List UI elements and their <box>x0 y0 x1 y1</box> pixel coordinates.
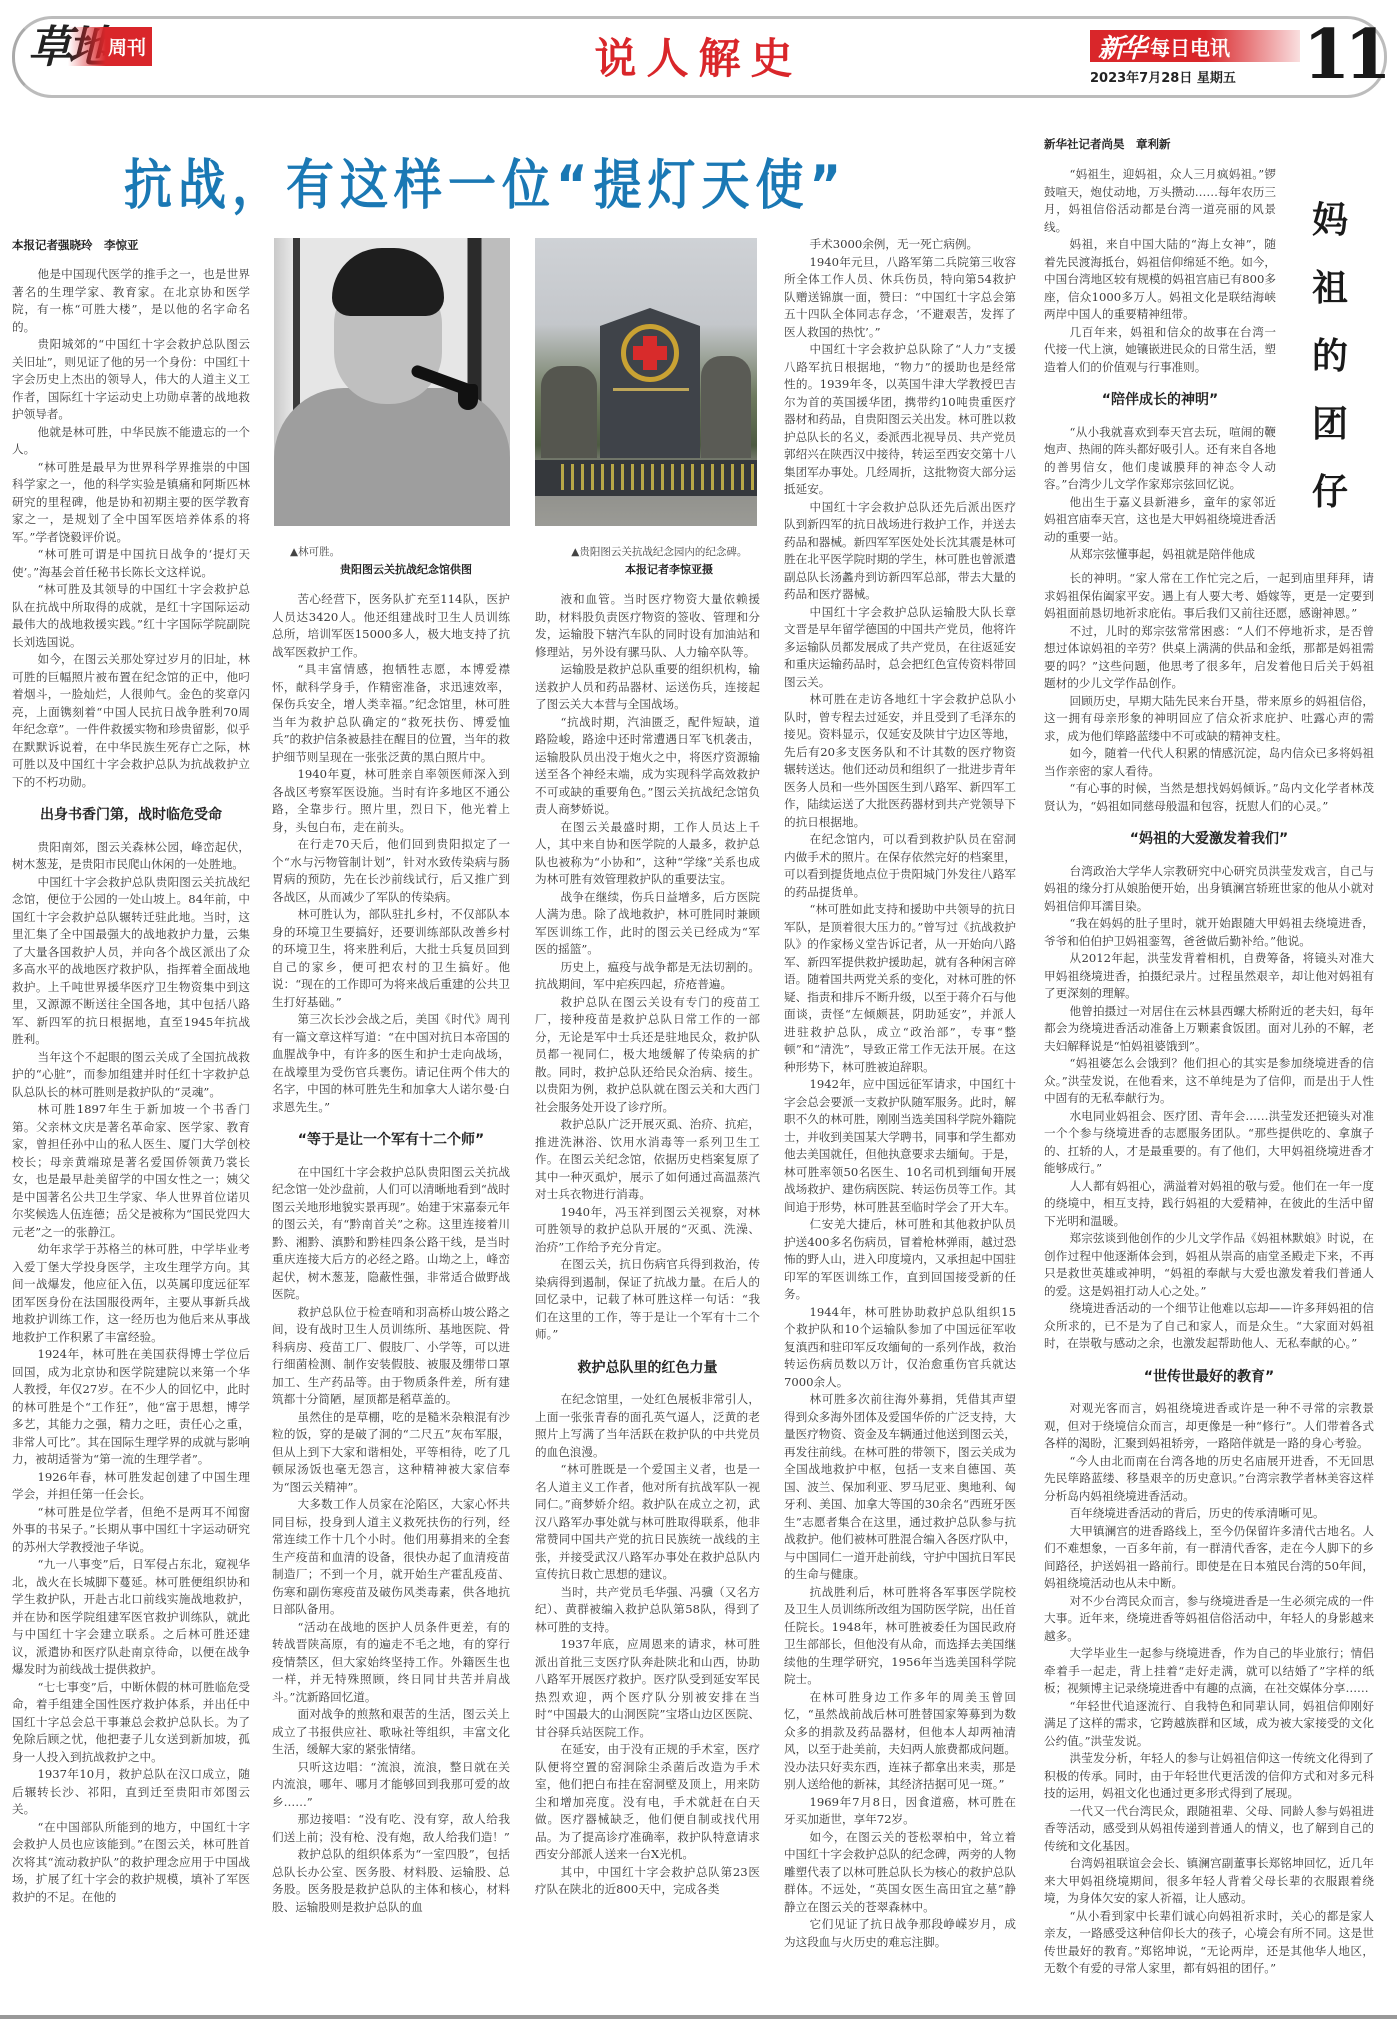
paragraph: 如今，在图云关的苍松翠柏中，耸立着中国红十字会救护总队的纪念碑，两旁的人物雕塑代… <box>784 1829 1016 1917</box>
paragraph: 水电同业妈祖会、医疗团、青年会……洪莹发还把镜头对准一个个参与绕境进香的志愿服务… <box>1044 1108 1374 1178</box>
paragraph: 苦心经营下，医务队扩充至114队，医护人员达3420人。他还组建战时卫生人员训练… <box>272 591 510 661</box>
paragraph: 贵阳南郊，图云关森林公园，峰峦起伏，树木葱茏，是贵阳市民爬山休闲的一处胜地。 <box>12 839 250 874</box>
subheading: 出身书香门第，战时临危受命 <box>12 807 250 825</box>
paragraph: “林可胜是位学者，但绝不是两耳不闻窗外事的书呆子。”长期从事中国红十字运动研究的… <box>12 1504 250 1557</box>
portrait-photo-lin-kesheng <box>274 238 510 526</box>
paragraph: “从小我就喜欢到奉天宫去玩，喧闹的鞭炮声、热闹的阵头都好吸引人。还有来自各地的善… <box>1044 424 1276 494</box>
paragraph: 他出生于嘉义县新港乡，童年的家邻近妈祖宫庙奉天宫，这也是大甲妈祖绕境进香活动的重… <box>1044 494 1276 547</box>
paragraph: “具丰富情感，抱牺牲志愿，本博爱襟怀，献科学身手，作精密准备，求迅速效率，保伤兵… <box>272 661 510 766</box>
paragraph: 1940年元旦，八路军第二兵院第三收容所全体工作人员、休兵伤员，特向第54救护队… <box>784 254 1016 342</box>
paragraph: 手术3000余例，无一死亡病例。 <box>784 236 1016 254</box>
paragraph: 1940年夏，林可胜亲自率领医师深入到各战区考察军医设施。当时有许多地区不通公路… <box>272 766 510 836</box>
paragraph: 人人都有妈祖心，满溢着对妈祖的敬与爱。他们在一年一度的绕境中，相互支持，践行妈祖… <box>1044 1178 1374 1231</box>
article-headline: 抗战，有这样一位“提灯天使” <box>124 142 847 219</box>
paragraph: “九一八事变”后，日军侵占东北，窥视华北，战火在长城脚下蔓延。林可胜便组织协和学… <box>12 1556 250 1679</box>
paragraph: 对不少台湾民众而言，参与绕境进香是一生必须完成的一件大事。近年来，绕境进香等妈祖… <box>1044 1593 1374 1646</box>
paragraph: 中国红十字会救护总队运输股大队长章文晋是早年留学德国的中国共产党员，他将许多运输… <box>784 604 1016 692</box>
paragraph: 战争在继续，伤兵日益增多，后方医院人满为患。除了战地救护，林可胜同时兼顾军医训练… <box>535 889 760 959</box>
paragraph: “抗战时期，汽油匮乏，配件短缺，道路险峻，路途中还时常遭遇日军飞机袭击，运输股队… <box>535 714 760 819</box>
photo-caption: ▲贵阳图云关抗战纪念园内的纪念碑。 <box>545 544 760 561</box>
subheading: “等于是让一个军有十二个师” <box>272 1132 510 1150</box>
paragraph: “七七事变”后，中断休假的林可胜临危受命，着手组建全国性医疗救护体系，并出任中国… <box>12 1679 250 1767</box>
page-number: 11 <box>1303 22 1386 88</box>
paragraph: 郑宗弦谈到他创作的少儿文学作品《妈祖林默娘》时说，在创作过程中他逐渐体会到，妈祖… <box>1044 1230 1374 1300</box>
paragraph: 救护总队的组织体系为“一室四股”，包括总队长办公室、医务股、材料股、运输股、总务… <box>272 1846 510 1916</box>
paragraph: “有心事的时候，当然是想找妈妈倾诉。”岛内文化学者林茂贤认为，“妈祖如同慈母般温… <box>1044 780 1374 815</box>
paragraph: 他就是林可胜，中华民族不能遗忘的一个人。 <box>12 424 250 459</box>
paragraph: 他曾拍摄过一对居住在云林县西螺大桥附近的老夫妇，每年都会为绕境进香活动准备上万颗… <box>1044 1003 1374 1056</box>
article-column-3: 液和血管。当时医疗物资大量依赖援助，材料股负责医疗物资的签收、管理和分发，运输股… <box>535 591 760 1899</box>
newspaper-name: 每日电讯 <box>1150 32 1230 61</box>
photo-credit: 贵阳图云关抗战纪念馆供图 <box>340 561 472 577</box>
paragraph: 它们见证了抗日战争那段峥嵘岁月，成为这段血与火历史的难忘注脚。 <box>784 1916 1016 1951</box>
paragraph: “在中国部队所能到的地方，中国红十字会救护人员也应该能到。”在图云关，林可胜首次… <box>12 1819 250 1907</box>
paragraph: 在行走70天后，他们回到贵阳拟定了一个“水与污物管制计划”，针对水致传染病与肠胃… <box>272 836 510 906</box>
paragraph: 液和血管。当时医疗物资大量依赖援助，材料股负责医疗物资的签收、管理和分发，运输股… <box>535 591 760 661</box>
paragraph: 其中，中国红十字会救护总队第23医疗队在陕北的近800天中，完成各类 <box>535 1864 760 1899</box>
paragraph: “今人由北而南在台湾各地的历史名庙展开进香，不无回思先民筚路蓝缕、移垦艰辛的历史… <box>1044 1453 1374 1506</box>
photo-credit: 本报记者李惊亚摄 <box>625 561 713 577</box>
article-byline: 本报记者强晓玲 李惊亚 <box>12 237 139 253</box>
paragraph: 1969年7月8日，因食道癌，林可胜在牙买加逝世，享年72岁。 <box>784 1794 1016 1829</box>
paragraph: 中国红十字会救护总队贵阳图云关抗战纪念馆，便位于公园的一处山坡上。84年前，中国… <box>12 874 250 1049</box>
paragraph: 贵阳城郊的“中国红十字会救护总队图云关旧址”，则见证了他的另一个身份：中国红十字… <box>12 336 250 424</box>
paragraph: 中国红十字会救护总队还先后派出医疗队到新四军的抗日战场进行救护工作，并送去药品和… <box>784 499 1016 604</box>
subheading: “世传世最好的教育” <box>1044 1369 1374 1387</box>
paragraph: 虽然住的是草棚，吃的是糙米杂粮混有沙粒的饭，穿的是破了洞的“二尺五”灰布军服，但… <box>272 1409 510 1497</box>
paragraph: 台湾政治大学华人宗教研究中心研究员洪莹发戏言，自己与妈祖的缘分打从娘胎便开始，出… <box>1044 863 1374 916</box>
paragraph: 在纪念馆里，一处红色展板非常引人，上面一张张青春的面孔英气逼人，泛黄的老照片上写… <box>535 1391 760 1461</box>
paragraph: 大甲镇澜宫的进香路线上，至今仍保留许多清代古地名。人们不难想象，一百多年前，有一… <box>1044 1523 1374 1593</box>
subheading: “妈祖的大爱激发着我们” <box>1044 831 1374 849</box>
paragraph: “林可胜既是一个爱国主义者，也是一名人道主义工作者，他对所有抗战军队一视同仁。”… <box>535 1461 760 1584</box>
paragraph: 1937年10月，救护总队在汉口成立，随后辗转长沙、祁阳，直到迁至贵阳市郊图云关… <box>12 1766 250 1819</box>
newspaper-brand: 新华 每日电讯 2023年7月28日 星期五 <box>1090 30 1300 86</box>
paragraph: “林可胜及其领导的中国红十字会救护总队在抗战中所取得的成就，是红十字国际运动最伟… <box>12 581 250 651</box>
paragraph: “林可胜如此支持和援助中共领导的抗日军队，是顶着很大压力的。”曾写过《抗战救护队… <box>784 901 1016 1076</box>
paragraph: 在图云关，抗日伤病官兵得到救治，传染病得到遏制，保证了抗战力量。在后人的回忆录中… <box>535 1256 760 1344</box>
paragraph: 1942年，应中国远征军请求，中国红十字会总会要派一支救护队随军服务。此时，解职… <box>784 1076 1016 1216</box>
paragraph: “年轻世代追逐流行、自我特色和同辈认同，妈祖信仰刚好满足了这样的需求，它跨越族群… <box>1044 1698 1374 1751</box>
paragraph: 历史上，瘟疫与战争都是无法切割的。抗战期间，军中疟疾四起，疥疮普遍。 <box>535 959 760 994</box>
paragraph: 不过，儿时的郑宗弦常常困惑：“人们不停地祈求，是否曾想过体谅妈祖的辛劳？供桌上满… <box>1044 623 1374 693</box>
article2-byline: 新华社记者尚昊 章利新 <box>1044 136 1171 152</box>
paragraph: 从2012年起，洪莹发背着相机，自费筹备，将镜头对准大甲妈祖绕境进香，拍摄纪录片… <box>1044 950 1374 1003</box>
paragraph: 仁安羌大捷后，林可胜和其他救护队员护送400多名伤病员，冒着枪林弹雨，越过恐怖的… <box>784 1216 1016 1304</box>
paragraph: 在图云关最盛时期，工作人员达上千人，其中来自协和医学院的人最多，救护总队也被称为… <box>535 819 760 889</box>
paragraph: 在中国红十字会救护总队贵阳图云关抗战纪念馆一处沙盘前，人们可以清晰地看到“战时图… <box>272 1164 510 1304</box>
paragraph: 救护总队在图云关设有专门的疫苗工厂，接种疫苗是救护总队日常工作的一部分，无论是军… <box>535 994 760 1117</box>
paragraph: 1926年春，林可胜发起创建了中国生理学会，并担任第一任会长。 <box>12 1469 250 1504</box>
paragraph: 救护总队广泛开展灭虱、治疥、抗疟，推进洗淋浴、饮用水消毒等一系列卫生工作。在图云… <box>535 1116 760 1204</box>
paragraph: 1944年，林可胜协助救护总队组织15个救护队和10个运输队参加了中国远征军收复… <box>784 1304 1016 1392</box>
bottom-rule <box>0 2015 1397 2019</box>
paragraph: “活动在战地的医护人员条件更差，有的转战晋陕高原，有的遍走不毛之地，有的穿行疫情… <box>272 1619 510 1707</box>
paragraph: 大学毕业生一起参与绕境进香，作为自己的毕业旅行；情侣牵着手一起走，背上挂着“走好… <box>1044 1645 1374 1698</box>
paragraph: 台湾妈祖联谊会会长、镇澜宫副董事长郑铭坤回忆，近几年来大甲妈祖绕境期间，很多年轻… <box>1044 1855 1374 1908</box>
article2-column-narrow: “妈祖生，迎妈祖，众人三月疯妈祖。”锣鼓喧天，炮仗动地，万头攒动……每年农历三月… <box>1044 166 1276 564</box>
article2-vertical-title: 妈 祖 的 团 仔 <box>1310 186 1350 526</box>
paragraph: 面对战争的煎熬和艰苦的生活，图云关上成立了书报供应社、歌咏社等组织，丰富文化生活… <box>272 1706 510 1759</box>
paragraph: 百年绕境进香活动的背后，历史的传承清晰可见。 <box>1044 1505 1374 1523</box>
paragraph: 绕境进香活动的一个细节让他难以忘却——许多拜妈祖的信众所求的，已不是为了自己和家… <box>1044 1300 1374 1353</box>
paragraph: 他是中国现代医学的推手之一，也是世界著名的生理学家、教育家。在北京协和医学院，有… <box>12 266 250 336</box>
paragraph: 在林可胜身边工作多年的周美玉曾回忆，“虽然战前战后林可胜替国家筹募到为数众多的捐… <box>784 1689 1016 1794</box>
paragraph: 1924年，林可胜在美国获得博士学位后回国，成为北京协和医学院建院以来第一个华人… <box>12 1346 250 1469</box>
paragraph: “林可胜是最早为世界科学界推崇的中国科学家之一，他的科学实验是镇痛和阿斯匹林研究… <box>12 459 250 547</box>
monument-photo <box>535 238 757 526</box>
paragraph: 在纪念馆内，可以看到救护队员在窑洞内做手术的照片。在保存依然完好的档案里，可以看… <box>784 831 1016 901</box>
photo-caption: ▲林可胜。 <box>290 544 340 559</box>
paragraph: 如今，随着一代代人积累的情感沉淀，岛内信众已多将妈祖当作亲密的家人看待。 <box>1044 745 1374 780</box>
article2-column-wide: 长的神明。“家人常在工作忙完之后，一起到庙里拜拜，请求妈祖保佑阖家平安。遇上有人… <box>1044 570 1374 1978</box>
paragraph: “我在妈妈的肚子里时，就开始跟随大甲妈祖去绕境进香，爷爷和伯伯护卫妈祖銮驾，爸爸… <box>1044 915 1374 950</box>
paragraph: 幼年求学于苏格兰的林可胜，中学毕业考入爱丁堡大学投身医学，主攻生理学方向。其间一… <box>12 1241 250 1346</box>
paragraph: 长的神明。“家人常在工作忙完之后，一起到庙里拜拜，请求妈祖保佑阖家平安。遇上有人… <box>1044 570 1374 623</box>
paragraph: 如今，在图云关那处穿过岁月的旧址，林可胜的巨幅照片被布置在纪念馆的正中，他叼着烟… <box>12 651 250 791</box>
paragraph: 中国红十字会救护总队除了“人力”支援八路军抗日根据地，“物力”的援助也是经常性的… <box>784 341 1016 499</box>
paragraph: “妈祖生，迎妈祖，众人三月疯妈祖。”锣鼓喧天，炮仗动地，万头攒动……每年农历三月… <box>1044 166 1276 236</box>
paragraph: 从郑宗弦懂事起，妈祖就是陪伴他成 <box>1044 546 1276 564</box>
paragraph: 抗战胜利后，林可胜将各军事医学院校及卫生人员训练所改组为国防医学院，出任首任院长… <box>784 1584 1016 1689</box>
paragraph: “从小看到家中长辈们诚心向妈祖祈求时，关心的都是家人亲友，一路感受这种信仰长大的… <box>1044 1908 1374 1978</box>
paragraph: “林可胜可谓是中国抗日战争的‘提灯天使’。”海基会首任秘书长陈长文这样说。 <box>12 546 250 581</box>
subheading: 救护总队里的红色力量 <box>535 1360 760 1378</box>
paragraph: 大多数工作人员家在沦陷区，大家心怀共同目标，投身到人道主义救死扶伤的行列，经常连… <box>272 1496 510 1619</box>
article-column-4: 手术3000余例，无一死亡病例。1940年元旦，八路军第二兵院第三收容所全体工作… <box>784 236 1016 1951</box>
paragraph: 当时，共产党员毛华强、冯骥（又名方纪）、黄群被编入救护总队第58队，得到了林可胜… <box>535 1584 760 1637</box>
paragraph: 洪莹发分析，年轻人的参与让妈祖信仰这一传统文化得到了积极的传承。同时，由于年轻世… <box>1044 1750 1374 1803</box>
subheading: “陪伴成长的神明” <box>1044 392 1276 410</box>
paragraph: 只听这边唱：“流浪，流浪，整日就在关内流浪，哪年、哪月才能够回到我那可爱的故乡…… <box>272 1759 510 1812</box>
paragraph: 林可胜1897年生于新加坡一个书香门第。父亲林文庆是著名革命家、医学家、教育家，… <box>12 1101 250 1241</box>
paragraph: 妈祖，来自中国大陆的“海上女神”，随着先民渡海抵台，妈祖信仰绵延不绝。如今，中国… <box>1044 236 1276 324</box>
issue-date: 2023年7月28日 星期五 <box>1090 67 1300 86</box>
paragraph: 林可胜多次前往海外募捐，凭借其声望得到众多海外团体及爱国华侨的广泛支持，大量医疗… <box>784 1391 1016 1584</box>
xinhua-calligraphy-logo: 新华 <box>1098 28 1144 65</box>
article-column-1: 他是中国现代医学的推手之一，也是世界著名的生理学家、教育家。在北京协和医学院，有… <box>12 266 250 1906</box>
paragraph: 运输股是救护总队重要的组织机构，输送救护人员和药品器材、运送伤兵，连接起了图云关… <box>535 661 760 714</box>
brand-bar: 新华 每日电讯 <box>1090 30 1300 62</box>
paragraph: 在延安，由于没有正规的手术室，医疗队便将空置的窑洞除尘杀菌后改造为手术室，他们把… <box>535 1741 760 1864</box>
paragraph: 救护总队位于检查哨和羽高桥山坡公路之间，设有战时卫生人员训练所、基地医院、骨科病… <box>272 1304 510 1409</box>
paragraph: 第三次长沙会战之后，美国《时代》周刊有一篇文章这样写道：“在中国对抗日本帝国的血… <box>272 1011 510 1116</box>
paragraph: 林可胜在走访各地红十字会救护总队小队时，曾专程去过延安，并且受到了毛泽东的接见。… <box>784 691 1016 831</box>
paragraph: 1940年，冯玉祥到图云关视察，对林可胜领导的救护总队开展的“灭虱、洗澡、治疥”… <box>535 1204 760 1257</box>
paragraph: 当年这个不起眼的图云关成了全国抗战救护的“心脏”，而参加组建并时任红十字救护总队… <box>12 1049 250 1102</box>
paragraph: 1937年底，应周恩来的请求，林可胜派出首批三支医疗队奔赴陕北和山西，协助八路军… <box>535 1636 760 1741</box>
paragraph: 回顾历史，早期大陆先民来台开垦，带来原乡的妈祖信俗，这一拥有母亲形象的神明回应了… <box>1044 693 1374 746</box>
paragraph: 对观光客而言，妈祖绕境进香或许是一种不寻常的宗教景观，但对于绕境信众而言，却更像… <box>1044 1400 1374 1453</box>
paragraph: 林可胜认为，部队驻扎乡村，不仅部队本身的环境卫生要搞好，还要训练部队改善乡村的环… <box>272 906 510 1011</box>
paragraph: 一代又一代台湾民众，跟随祖辈、父母、同龄人参与妈祖进香等活动，感受到从妈祖传递到… <box>1044 1803 1374 1856</box>
paragraph: 几百年来，妈祖和信众的故事在台湾一代接一代上演，她镶嵌进民众的日常生活，塑造着人… <box>1044 324 1276 377</box>
paragraph: 那边接唱：“没有吃、没有穿，敌人给我们送上前；没有枪、没有炮，敌人给我们造！” <box>272 1811 510 1846</box>
paragraph: “妈祖婆怎么会饿到？他们担心的其实是参加绕境进香的信众。”洪莹发说，在他看来，这… <box>1044 1055 1374 1108</box>
article-column-2: 苦心经营下，医务队扩充至114队，医护人员达3420人。他还组建战时卫生人员训练… <box>272 591 510 1916</box>
